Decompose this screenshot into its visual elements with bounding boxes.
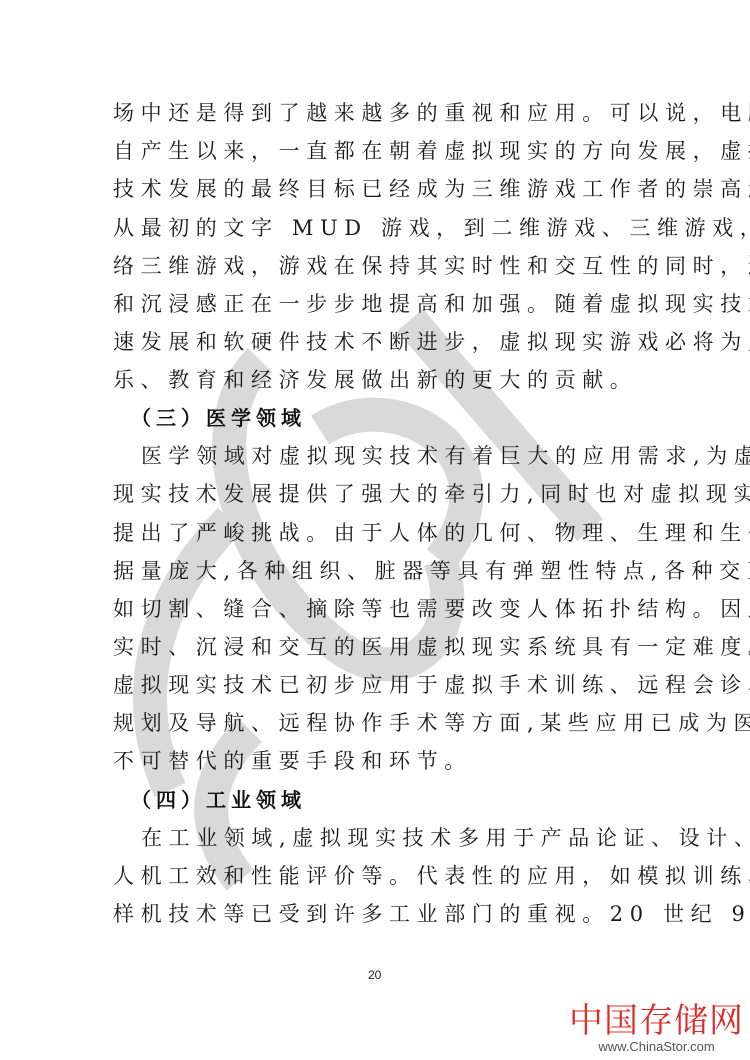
text-line: 如切割、缝合、摘除等也需要改变人体拓扑结构。因此构造 bbox=[113, 590, 673, 628]
text-line: 乐、教育和经济发展做出新的更大的贡献。 bbox=[113, 361, 673, 399]
page-number: 20 bbox=[368, 968, 381, 982]
text-line: 医学领域对虚拟现实技术有着巨大的应用需求,为虚拟 bbox=[141, 437, 701, 475]
text-line: 场中还是得到了越来越多的重视和应用。可以说，电脑游戏 bbox=[113, 94, 673, 132]
document-page: 场中还是得到了越来越多的重视和应用。可以说，电脑游戏 自产生以来，一直都在朝着虚… bbox=[0, 0, 750, 1060]
section-heading-industry: （四）工业领域 bbox=[131, 781, 306, 819]
text-line: 人机工效和性能评价等。代表性的应用，如模拟训练、虚拟 bbox=[113, 857, 673, 895]
text-line: 提出了严峻挑战。由于人体的几何、物理、生理和生化等数 bbox=[113, 514, 673, 552]
text-line: 样机技术等已受到许多工业部门的重视。20 世纪 90 年代美 bbox=[113, 895, 673, 933]
text-line: 自产生以来，一直都在朝着虚拟现实的方向发展，虚拟现实 bbox=[113, 132, 673, 170]
site-logo[interactable]: 中国存储网 www.ChinaStor.com bbox=[569, 1002, 744, 1054]
site-logo-name: 中国存储网 bbox=[569, 1002, 744, 1040]
text-line: 据量庞大,各种组织、脏器等具有弹塑性特点,各种交互操作 bbox=[113, 552, 673, 590]
text-line: 技术发展的最终目标已经成为三维游戏工作者的崇高追求。 bbox=[113, 170, 673, 208]
site-logo-url[interactable]: www.ChinaStor.com bbox=[569, 1040, 744, 1054]
text-line: 从最初的文字 MUD 游戏，到二维游戏、三维游戏，再到网 bbox=[113, 209, 673, 247]
text-line: 速发展和软硬件技术不断进步，虚拟现实游戏必将为人类娱 bbox=[113, 323, 673, 361]
section-heading-medical: （三）医学领域 bbox=[131, 399, 306, 437]
text-line: 和沉浸感正在一步步地提高和加强。随着虚拟现实技术的快 bbox=[113, 285, 673, 323]
text-line: 虚拟现实技术已初步应用于虚拟手术训练、远程会诊、手术 bbox=[113, 666, 673, 704]
text-line: 不可替代的重要手段和环节。 bbox=[113, 742, 673, 780]
text-line: 现实技术发展提供了强大的牵引力,同时也对虚拟现实研究 bbox=[113, 475, 673, 513]
text-line: 在工业领域,虚拟现实技术多用于产品论证、设计、装配、 bbox=[141, 819, 701, 857]
text-line: 实时、沉浸和交互的医用虚拟现实系统具有一定难度。目前, bbox=[113, 628, 673, 666]
text-line: 规划及导航、远程协作手术等方面,某些应用已成为医疗过程 bbox=[113, 704, 673, 742]
text-line: 络三维游戏，游戏在保持其实时性和交互性的同时，逼真度 bbox=[113, 247, 673, 285]
